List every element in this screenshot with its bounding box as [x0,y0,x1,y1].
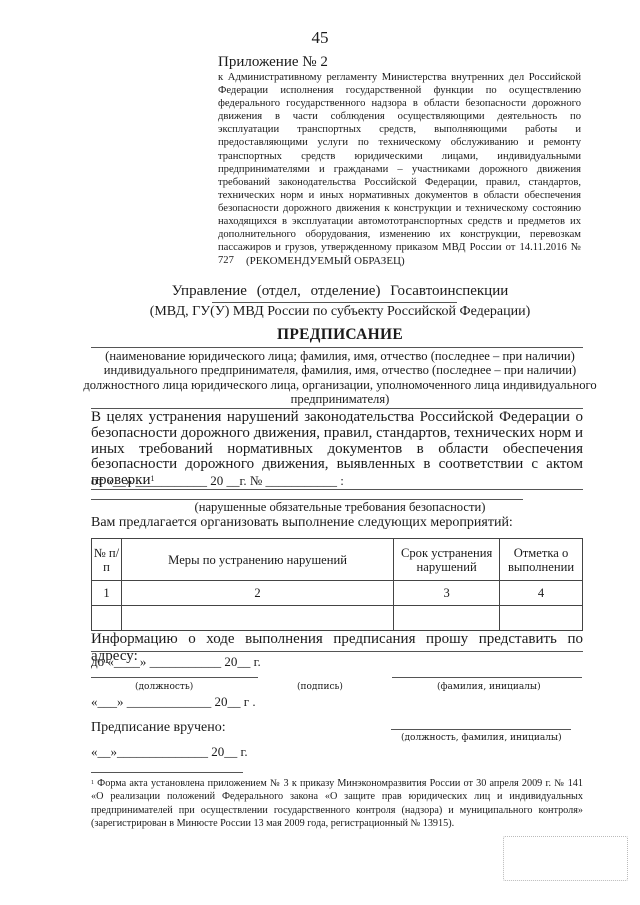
measures-intro: Вам предлагается организовать выполнение… [91,515,513,531]
footnote-text: Форма акта установлена приложением № 3 к… [91,778,583,829]
table-cell: 3 [394,581,500,606]
table-cell: 1 [92,581,122,606]
address-line [91,651,583,652]
header-number: № п/п [92,539,122,581]
addressee-caption: (наименование юридического лица; фамилия… [80,349,600,406]
violations-line-1 [91,489,583,490]
recipient-line [391,729,571,730]
name-caption: (фамилия, инициалы) [437,682,541,692]
header-measures: Меры по устранению нарушений [121,539,393,581]
department-heading: Управление (отдел, отделение) Госавтоинс… [80,283,600,300]
measures-table: № п/п Меры по устранению нарушений Срок … [91,538,583,631]
table-cell[interactable] [500,606,583,631]
table-row: 1 2 3 4 [92,581,583,606]
appendix-body: к Административному регламенту Министерс… [218,71,581,267]
act-date-line: от «__» ___________ 20 __г. № __________… [91,473,344,489]
ministry-caption: (МВД, ГУ(У) МВД России по субъекту Росси… [80,304,600,320]
report-deadline: до «____» ___________ 20__ г. [91,654,261,670]
table-cell[interactable] [394,606,500,631]
table-header-row: № п/п Меры по устранению нарушений Срок … [92,539,583,581]
department-underline [212,302,457,303]
header-deadline: Срок устранения нарушений [394,539,500,581]
position-caption: (должность) [135,682,193,692]
table-row [92,606,583,631]
table-cell: 4 [500,581,583,606]
delivered-label: Предписание вручено: [91,720,226,736]
table-cell[interactable] [121,606,393,631]
recipient-caption: (должность, фамилия, инициалы) [401,733,562,743]
violated-requirements-caption: (нарушенные обязательные требования безо… [80,500,600,515]
signature-caption: (подпись) [297,682,343,692]
document-title: ПРЕДПИСАНИЕ [80,326,600,344]
addressee-line [91,347,583,348]
faint-stamp [503,836,628,881]
sample-note: (РЕКОМЕНДУЕМЫЙ ОБРАЗЕЦ) [246,255,405,267]
footnote-separator [91,772,243,773]
name-line [392,677,582,678]
page-number: 45 [0,28,640,48]
signature-date: «___» _____________ 20__ г . [91,694,256,710]
header-completion: Отметка о выполнении [500,539,583,581]
table-cell[interactable] [92,606,122,631]
appendix-title: Приложение № 2 [218,54,328,71]
position-line [91,677,258,678]
table-cell: 2 [121,581,393,606]
footnote: 1 Форма акта установлена приложением № 3… [91,777,583,830]
delivered-date: «__»______________ 20__ г. [91,744,248,760]
